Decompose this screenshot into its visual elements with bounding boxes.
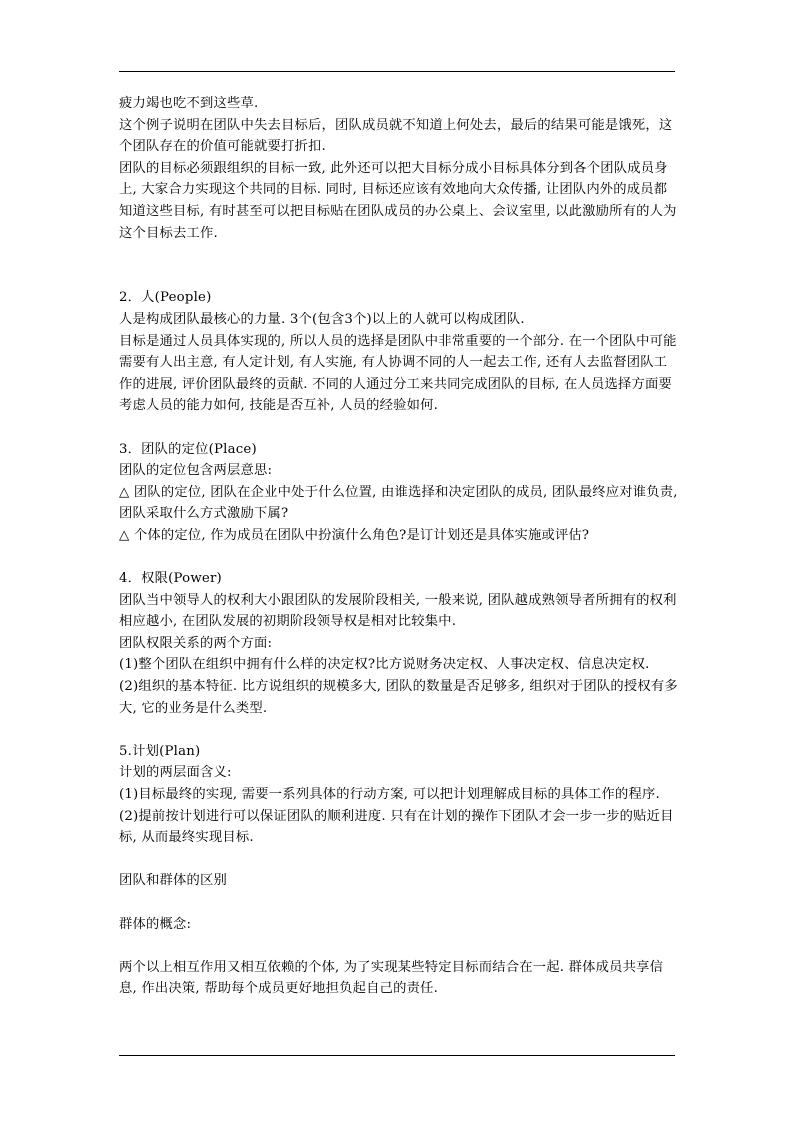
section-people: 2．人(People) 人是构成团队最核心的力量. 3个(包含3个)以上的人就可… (119, 287, 679, 417)
paragraph: 团队的定位包含两层意思: (119, 460, 679, 482)
intro-line-1: 疲力竭也吃不到这些草. (119, 93, 679, 115)
intro-line-2: 这个例子说明在团队中失去目标后，团队成员就不知道上何处去，最后的结果可能是饿死，… (119, 115, 679, 158)
section-place: 3．团队的定位(Place) 团队的定位包含两层意思: △ 团队的定位, 团队在… (119, 439, 679, 547)
spacer (119, 892, 679, 914)
footer-rule (119, 1055, 675, 1056)
document-body: 疲力竭也吃不到这些草. 这个例子说明在团队中失去目标后，团队成员就不知道上何处去… (119, 93, 679, 1000)
spacer (119, 244, 679, 287)
spacer (119, 417, 679, 439)
paragraph: 计划的两层面含义: (119, 762, 679, 784)
spacer (119, 935, 679, 957)
paragraph: 团队当中领导人的权利大小跟团队的发展阶段相关, 一般来说, 团队越成熟领导者所拥… (119, 590, 679, 633)
intro-line-3: 团队的目标必须跟组织的目标一致, 此外还可以把大目标分成小目标具体分到各个团队成… (119, 158, 679, 244)
section-power: 4．权限(Power) 团队当中领导人的权利大小跟团队的发展阶段相关, 一般来说… (119, 568, 679, 719)
paragraph: 目标是通过人员具体实现的, 所以人员的选择是团队中非常重要的一个部分. 在一个团… (119, 331, 679, 417)
section-plan: 5.计划(Plan) 计划的两层面含义: (1)目标最终的实现, 需要一系列具体… (119, 741, 679, 849)
paragraph: 人是构成团队最核心的力量. 3个(包含3个)以上的人就可以构成团队. (119, 309, 679, 331)
section-heading: 3．团队的定位(Place) (119, 439, 679, 461)
spacer (119, 546, 679, 568)
comparison-heading: 团队和群体的区别 (119, 870, 679, 892)
comparison-definition: 两个以上相互作用又相互依赖的个体, 为了实现某些特定目标而结合在一起. 群体成员… (119, 957, 679, 1000)
list-item: (1)整个团队在组织中拥有什么样的决定权?比方说财务决定权、人事决定权、信息决定… (119, 654, 679, 676)
list-item: (2)提前按计划进行可以保证团队的顺利进度. 只有在计划的操作下团队才会一步一步… (119, 806, 679, 849)
spacer (119, 719, 679, 741)
list-item: (1)目标最终的实现, 需要一系列具体的行动方案, 可以把计划理解成目标的具体工… (119, 784, 679, 806)
list-item: (2)组织的基本特征. 比方说组织的规模多大, 团队的数量是否足够多, 组织对于… (119, 676, 679, 719)
bullet-item: △ 个体的定位, 作为成员在团队中扮演什么角色?是订计划还是具体实施或评估? (119, 525, 679, 547)
comparison-subheading: 群体的概念: (119, 914, 679, 936)
header-rule (119, 71, 675, 72)
section-heading: 2．人(People) (119, 287, 679, 309)
paragraph: 团队权限关系的两个方面: (119, 633, 679, 655)
spacer (119, 849, 679, 871)
bullet-item: △ 团队的定位, 团队在企业中处于什么位置, 由谁选择和决定团队的成员, 团队最… (119, 482, 679, 525)
section-heading: 5.计划(Plan) (119, 741, 679, 763)
section-heading: 4．权限(Power) (119, 568, 679, 590)
